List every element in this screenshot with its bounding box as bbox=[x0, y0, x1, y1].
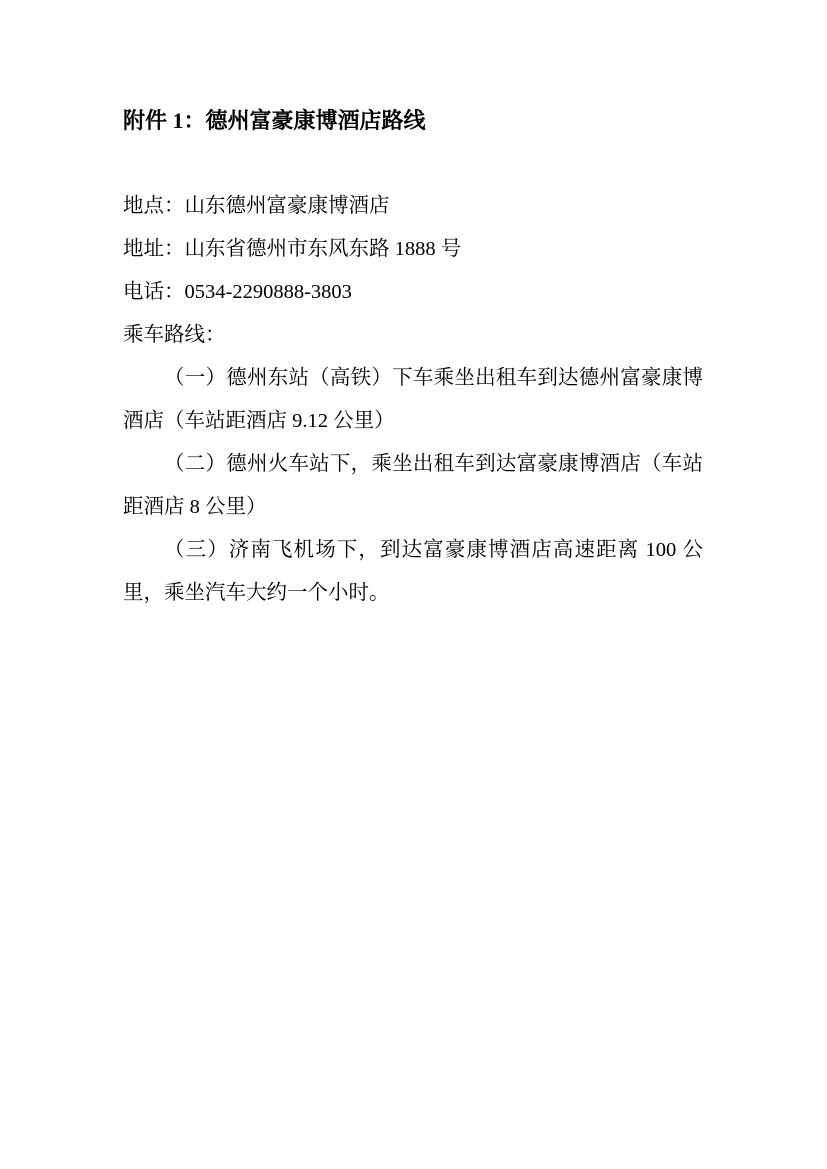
address-line: 地址：山东省德州市东风东路 1888 号 bbox=[123, 228, 703, 271]
phone-line: 电话：0534-2290888-3803 bbox=[123, 271, 703, 314]
route-item-high-speed-rail: （一）德州东站（高铁）下车乘坐出租车到达德州富豪康博酒店（车站距酒店 9.12 … bbox=[123, 357, 703, 443]
location-line: 地点：山东德州富豪康博酒店 bbox=[123, 185, 703, 228]
route-item-train-station: （二）德州火车站下，乘坐出租车到达富豪康博酒店（车站距酒店 8 公里） bbox=[123, 443, 703, 529]
route-section-heading: 乘车路线： bbox=[123, 314, 703, 357]
document-page: 附件 1：德州富豪康博酒店路线 地点：山东德州富豪康博酒店 地址：山东省德州市东… bbox=[0, 0, 827, 1169]
route-item-airport: （三）济南飞机场下，到达富豪康博酒店高速距离 100 公里，乘坐汽车大约一个小时… bbox=[123, 529, 703, 615]
attachment-title: 附件 1：德州富豪康博酒店路线 bbox=[123, 99, 703, 142]
